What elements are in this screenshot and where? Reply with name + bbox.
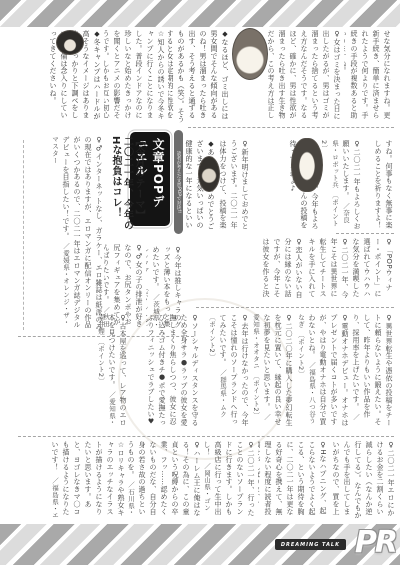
sender-credit: ／群馬県・ムク 〔ポイント2〕 xyxy=(208,314,227,424)
reader-letter: ☆知人からの誘いで今冬キャンプに行くことになりました。普段インドアなのに珍しいな… xyxy=(104,30,166,125)
avatar-boy-small-icon xyxy=(198,156,220,192)
dashed-divider xyxy=(18,336,194,337)
dashed-divider xyxy=(18,436,394,437)
avatar-girl-wavy-icon xyxy=(232,28,268,80)
reader-letter: ♀「POPウィナー・ポイント」に選ばれてウハウハな気分を満喫したいです。 ／埼玉… xyxy=(352,238,394,302)
dashed-divider xyxy=(196,307,394,308)
theme-line-2: Hな抱負はコレ！ xyxy=(110,136,122,244)
title-tagline-banner: 読者が考えた文章POPで対決!! xyxy=(174,130,183,234)
top-stripe-border xyxy=(0,0,400,27)
logo-badge: DREAMING TALK xyxy=(275,539,346,550)
dashed-divider xyxy=(23,140,24,330)
reader-letter: ♀去年は行けなかったので、今年こそは憧れのソープランドへ行ってみたいです。 ／群… xyxy=(200,314,250,426)
dashed-divider xyxy=(336,233,394,234)
avatar-boy-dark-icon xyxy=(56,30,84,55)
theme-label: 【今月のテーマ】 xyxy=(133,136,145,244)
sender-credit: ／大阪府・シリウス 〔ポイント2〕 xyxy=(146,314,155,426)
sender-credit: ／岡山県・ゴン 〔ポイント2〕 xyxy=(204,441,211,518)
sender-credit: ／奈良県・ロボット兵 〔ポイント2〕 xyxy=(322,140,350,226)
reply-continuation: せな気分になれますね。更新手続き、簡単に済ませられたようで何よりです。手続きの手… xyxy=(344,30,392,125)
reader-letter: ♀♂インターネットなし、ガラケー、エロ雑誌は紙派のみの現在ではありますが、エロマ… xyxy=(26,136,104,332)
avatar-girl-longhair-icon xyxy=(291,138,323,192)
reader-letter: ♀電動オナホデビュー。オナホはプレゼントで届くコトが多いですが、やはり電動オナホ… xyxy=(294,314,350,426)
reader-letter: ♀二〇二一年エロにかけるお金を二割くらい減らしたい（なんか逆行してる）。なんでも… xyxy=(330,441,396,520)
sender-credit: ／福島県・八つ谷うなぎ 〔ポイント2〕 xyxy=(297,314,316,424)
magazine-page: せな気分になれますね。更新手続き、簡単に済ませられたようで何よりです。手続きの手… xyxy=(0,0,400,565)
reader-letter: ♀女はゴミを決まった日に出したがるが、男はゴミが溜まったら捨てるという考え方なん… xyxy=(268,30,342,125)
sender-credit: ／千葉県・モブ 〔ポイント2〕 xyxy=(350,314,360,421)
feature-title-block: 読者が考えた文章POPで対決!! 文章POPデュエル 【今月のテーマ】 二〇二一… xyxy=(110,128,186,244)
editor-reply: ◆なるほど、ゴミ出しには男女間でそんな傾向があるのね！男は溜まったら吐き出す、そ… xyxy=(168,30,230,125)
reader-letter: ♀異世界転生や憑依の投稿をチートに頼らないように鍛えたい。そして、昨年よりもいい… xyxy=(350,314,394,426)
logo-pr-text: PR xyxy=(355,525,396,560)
sender-credit: ／福島県・エロヒニカ 〔ポイント2〕 xyxy=(52,441,59,519)
reader-letter: ♀新年明けましておめでとうございます。二〇二一年は体力をつけて、投稿を楽しみたい… xyxy=(216,140,250,230)
reader-letter: ♀二〇二一年、今年こそは異世界に転生してチートスキルを手に入れてウハウハハーレム… xyxy=(306,238,350,302)
reader-letter: ♀Hなハプニング、起こらないようでよく起こる、という期待を胸に、二〇二一年は更な… xyxy=(258,441,328,520)
sender-credit: ／愛媛県・オレンジ・ザ・マスター xyxy=(51,136,70,326)
sender-credit: ／愛知県・青井煙 〔ポイント2〕 xyxy=(97,314,116,426)
reader-letter: ♀ソーシャルディスタンスを守るため全身サラ●ラップの彼女を愛撫しまくり焦らしつつ… xyxy=(146,314,200,426)
reader-letter: ♀二〇二一年もよろしくお願いいたします。 ／奈良県・ロボット兵 〔ポイント2〕 xyxy=(322,140,362,230)
dashed-divider xyxy=(188,127,394,128)
sender-credit: ／愛知県・オオタニ 〔ポイント2〕 xyxy=(252,314,271,421)
reply-continuation: すね。何事もなく無事に楽しめることを祈りますよ！ xyxy=(364,140,394,230)
monthly-theme: 【今月のテーマ】 二〇二一年、今年の Hな抱負はコレ！ xyxy=(110,136,145,244)
reader-letter: ♀二〇二一年、行ったことのないソープランドに行きます。しかも高級店に行って生中出… xyxy=(204,441,256,520)
reader-letter: ☆ロリキャラや熟女キャラのエッチなイラストが描けるようになりたいと思います。あと… xyxy=(52,441,126,520)
sender-credit: ／石川県・エロ田マン 〔ポイント2〕 xyxy=(128,441,135,516)
reader-letter: ♀ハーレム王に俺はなる！その為に、この童貞という呪縛からの卒業、フッ……認めたく… xyxy=(128,441,202,520)
reader-letter: ♀恋人がいない自分には縁のない話ですが、今年こそは彼女を作ると決意します！ ／大… xyxy=(262,238,304,302)
reader-letter: ♀二〇二〇年に購入した夢幻転生を枕元に置いて、縁起の良い幸せな初夢を見たいと思い… xyxy=(250,314,294,426)
reader-letter: ♀古本屋を巡って、レア物のエロ本を見つけたいです。 ／愛知県・青井煙 〔ポイント… xyxy=(78,314,128,426)
theme-line-1: 二〇二一年、今年の xyxy=(121,136,133,244)
